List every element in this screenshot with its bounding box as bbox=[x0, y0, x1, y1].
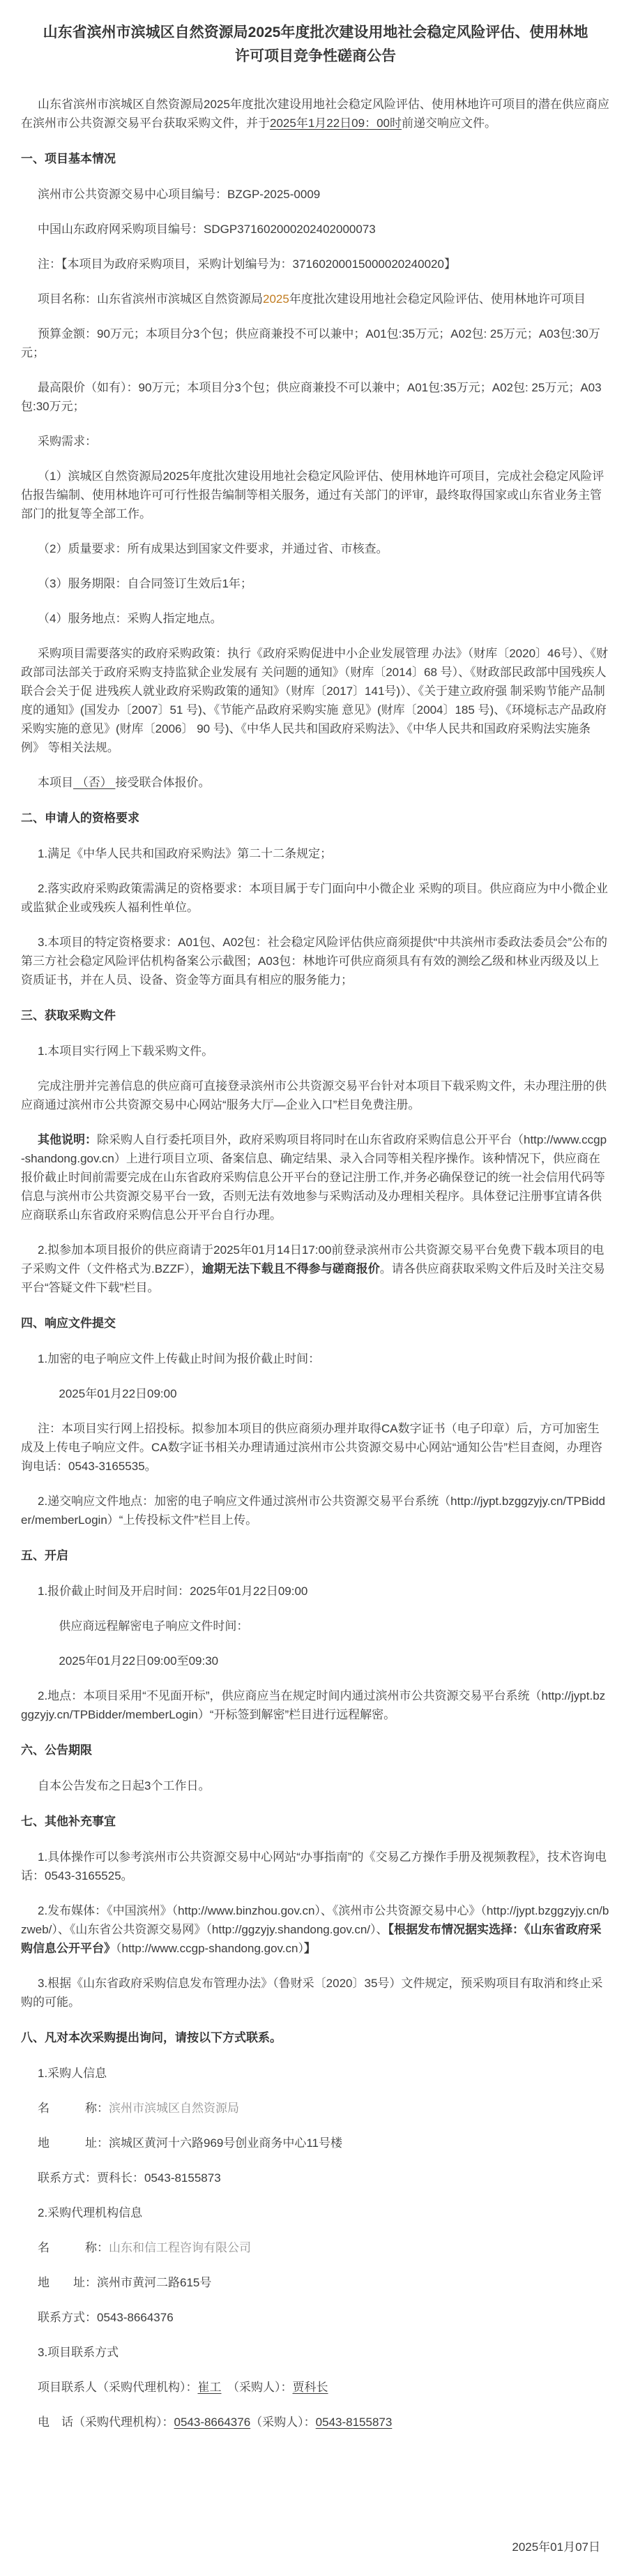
text-segment: 3.项目联系方式 bbox=[38, 2346, 119, 2359]
agency-name: 名 称：山东和信工程咨询有限公司 bbox=[21, 2238, 610, 2257]
response-deadline: 2025年1月22日09：00时 bbox=[270, 117, 402, 130]
registration-paragraph: 完成注册并完善信息的供应商可直接登录滨州市公共资源交易平台针对本项目下载采购文件… bbox=[21, 1077, 610, 1114]
section-heading-5: 五、开启 bbox=[21, 1546, 610, 1565]
text-segment: 最高限价（如有）：90万元；本项目分3个包；供应商兼投不可以兼中；A01包:35… bbox=[21, 381, 602, 413]
text-segment: 2025年01月07日 bbox=[512, 2540, 600, 2554]
demand-item-2: （2）质量要求：所有成果达到国家文件要求，并通过省、市核查。 bbox=[21, 539, 610, 558]
project-contact-persons: 项目联系人（采购代理机构）：崔工 （采购人）：贾科长 bbox=[21, 2378, 610, 2397]
purchaser-phone: 0543-8155873 bbox=[316, 2416, 393, 2429]
text-segment: 名 称： bbox=[38, 2241, 109, 2254]
text-segment: 年度批次建设用地社会稳定风险评估、使用林地许可项目 bbox=[289, 292, 586, 306]
section-heading-4: 四、响应文件提交 bbox=[21, 1314, 610, 1333]
download-warning: 逾期无法下载且不得参与磋商报价 bbox=[202, 1262, 380, 1275]
text-segment: 1.具体操作可以参考滨州市公共资源交易中心网站“办事指南”的《交易乙方操作手册及… bbox=[21, 1850, 607, 1882]
text-segment: 其他说明： bbox=[38, 1133, 97, 1146]
intro-paragraph: 山东省滨州市滨城区自然资源局2025年度批次建设用地社会稳定风险评估、使用林地许… bbox=[21, 95, 610, 133]
text-segment: 地 址：滨州市黄河二路615号 bbox=[38, 2276, 211, 2289]
supplement-item-3: 3.根据《山东省政府采购信息发布管理办法》（鲁财采〔2020〕35号）文件规定，… bbox=[21, 1974, 610, 2012]
text-segment: 四、响应文件提交 bbox=[21, 1317, 116, 1330]
text-segment: （3）服务期限：自合同签订生效后1年； bbox=[38, 577, 252, 590]
section-heading-2: 二、申请人的资格要求 bbox=[21, 809, 610, 828]
opening-item-1: 1.报价截止时间及开启时间：2025年01月22日09:00 bbox=[21, 1582, 610, 1601]
supplement-item-1: 1.具体操作可以参考滨州市公共资源交易中心网站“办事指南”的《交易乙方操作手册及… bbox=[21, 1848, 610, 1885]
section-heading-7: 七、其他补充事宜 bbox=[21, 1812, 610, 1831]
purchaser-contact-person: 贾科长 bbox=[293, 2381, 328, 2394]
text-segment: 2.采购代理机构信息 bbox=[38, 2206, 142, 2219]
text-segment: 前递交响应文件。 bbox=[402, 117, 496, 130]
text-segment: 2.地点：本项目采用“不见面开标”，供应商应当在规定时间内通过滨州市公共资源交易… bbox=[21, 1689, 605, 1721]
project-contact-label: 3.项目联系方式 bbox=[21, 2343, 610, 2362]
text-segment: 采购需求： bbox=[38, 435, 97, 448]
text-segment: 名 称： bbox=[38, 2102, 109, 2115]
purchaser-address: 地 址：滨城区黄河十六路969号创业商务中心11号楼 bbox=[21, 2134, 610, 2152]
text-segment: 1.采购人信息 bbox=[38, 2067, 107, 2080]
agency-contact: 联系方式：0543-8664376 bbox=[21, 2308, 610, 2327]
purchaser-info-label: 1.采购人信息 bbox=[21, 2064, 610, 2083]
qualification-3: 3.本项目的特定资格要求：A01包、A02包：社会稳定风险评估供应商须提供“中共… bbox=[21, 933, 610, 989]
procurement-demand-label: 采购需求： bbox=[21, 432, 610, 451]
other-notes-paragraph: 其他说明：除采购人自行委托项目外，政府采购项目将同时在山东省政府采购信息公开平台… bbox=[21, 1130, 610, 1225]
text-segment: 本项目 bbox=[38, 776, 73, 789]
section-heading-8: 八、凡对本次采购提出询问，请按以下方式联系。 bbox=[21, 2028, 610, 2047]
text-segment: 中国山东政府网采购项目编号：SDGP371602000202402000073 bbox=[38, 223, 376, 236]
agency-address: 地 址：滨州市黄河二路615号 bbox=[21, 2273, 610, 2292]
text-segment: 1.报价截止时间及开启时间：2025年01月22日09:00 bbox=[38, 1585, 307, 1598]
max-price: 最高限价（如有）：90万元；本项目分3个包；供应商兼投不可以兼中；A01包:35… bbox=[21, 378, 610, 416]
text-segment: 3.本项目的特定资格要求：A01包、A02包：社会稳定风险评估供应商须提供“中共… bbox=[21, 936, 607, 987]
qualification-1: 1.满足《中华人民共和国政府采购法》第二十二条规定； bbox=[21, 844, 610, 863]
text-segment: 项目联系人（采购代理机构）： bbox=[38, 2381, 198, 2394]
text-segment: 1.本项目实行网上下载采购文件。 bbox=[38, 1044, 213, 1058]
text-segment: 五、开启 bbox=[21, 1549, 68, 1562]
upload-deadline: 2025年01月22日09:00 bbox=[21, 1384, 610, 1403]
text-segment: （4）服务地点：采购人指定地点。 bbox=[38, 612, 222, 625]
trade-center-project-number: 滨州市公共资源交易中心项目编号：BZGP-2025-0009 bbox=[21, 185, 610, 204]
submit-item-1: 1.加密的电子响应文件上传截止时间为报价截止时间： bbox=[21, 1349, 610, 1368]
text-segment: 六、公告期限 bbox=[21, 1744, 92, 1757]
demand-item-4: （4）服务地点：采购人指定地点。 bbox=[21, 609, 610, 628]
consortium-answer: （否） bbox=[73, 776, 115, 789]
agency-phone: 0543-8664376 bbox=[174, 2416, 251, 2429]
obtain-item-1: 1.本项目实行网上下载采购文件。 bbox=[21, 1042, 610, 1061]
text-segment: 2025年01月22日09:00 bbox=[59, 1387, 176, 1400]
text-segment: 1.加密的电子响应文件上传截止时间为报价截止时间： bbox=[38, 1352, 320, 1365]
text-segment: 2.递交响应文件地点：加密的电子响应文件通过滨州市公共资源交易平台系统（http… bbox=[21, 1495, 605, 1527]
text-segment: 2025年01月22日09:00至09:30 bbox=[59, 1654, 218, 1668]
text-segment: （http://www.ccgp-shandong.gov.cn） bbox=[116, 1942, 304, 1955]
agency-name-value: 山东和信工程咨询有限公司 bbox=[109, 2241, 251, 2254]
document-title: 山东省滨州市滨城区自然资源局2025年度批次建设用地社会稳定风险评估、使用林地许… bbox=[39, 21, 592, 68]
text-segment: 电 话（采购代理机构）： bbox=[38, 2416, 174, 2429]
obtain-item-2: 2.拟参加本项目报价的供应商请于2025年01月14日17:00前登录滨州市公共… bbox=[21, 1241, 610, 1297]
announcement-document: 山东省滨州市滨城区自然资源局2025年度批次建设用地社会稳定风险评估、使用林地许… bbox=[0, 0, 631, 2576]
project-name: 项目名称：山东省滨州市滨城区自然资源局2025年度批次建设用地社会稳定风险评估、… bbox=[21, 290, 610, 308]
consortium-statement: 本项目 （否） 接受联合体报价。 bbox=[21, 773, 610, 792]
text-segment: 八、凡对本次采购提出询问，请按以下方式联系。 bbox=[21, 2031, 282, 2044]
opening-item-2: 2.地点：本项目采用“不见面开标”，供应商应当在规定时间内通过滨州市公共资源交易… bbox=[21, 1686, 610, 1724]
policy-paragraph: 采购项目需要落实的政府采购政策：执行《政府采购促进中小企业发展管理 办法》（财库… bbox=[21, 644, 610, 757]
text-segment: （采购人）： bbox=[250, 2416, 316, 2429]
ca-note: 注：本项目实行网上招投标。拟参加本项目的供应商须办理并取得CA数字证书（电子印章… bbox=[21, 1419, 610, 1476]
text-segment: 接受联合体报价。 bbox=[115, 776, 210, 789]
text-segment: 】 bbox=[304, 1942, 316, 1955]
shandong-gov-project-number: 中国山东政府网采购项目编号：SDGP371602000202402000073 bbox=[21, 220, 610, 239]
decrypt-time-value: 2025年01月22日09:00至09:30 bbox=[21, 1652, 610, 1670]
text-segment: 滨州市公共资源交易中心项目编号：BZGP-2025-0009 bbox=[38, 188, 320, 201]
text-segment: 联系方式：0543-8664376 bbox=[38, 2311, 174, 2324]
text-segment: 注：【本项目为政府采购项目，采购计划编号为：371602000150000202… bbox=[38, 257, 456, 271]
text-segment: 完成注册并完善信息的供应商可直接登录滨州市公共资源交易平台针对本项目下载采购文件… bbox=[21, 1079, 607, 1111]
section-heading-3: 三、获取采购文件 bbox=[21, 1006, 610, 1025]
submit-item-2: 2.递交响应文件地点：加密的电子响应文件通过滨州市公共资源交易平台系统（http… bbox=[21, 1492, 610, 1529]
text-segment: 自本公告发布之日起3个工作日。 bbox=[38, 1779, 210, 1792]
text-segment: 二、申请人的资格要求 bbox=[21, 811, 139, 825]
agency-contact-person: 崔工 bbox=[198, 2381, 222, 2394]
procurement-plan-note: 注：【本项目为政府采购项目，采购计划编号为：371602000150000202… bbox=[21, 255, 610, 274]
supplement-item-2: 2.发布媒体：《中国滨州》（http://www.binzhou.gov.cn）… bbox=[21, 1901, 610, 1958]
purchaser-name-value: 滨州市滨城区自然资源局 bbox=[109, 2102, 239, 2115]
text-segment: 七、其他补充事宜 bbox=[21, 1815, 116, 1828]
demand-item-3: （3）服务期限：自合同签订生效后1年； bbox=[21, 574, 610, 593]
text-segment: 2.落实政府采购政策需满足的资格要求：本项目属于专门面向中小微企业 采购的项目。… bbox=[21, 882, 608, 914]
text-segment: 注：本项目实行网上招投标。拟参加本项目的供应商须办理并取得CA数字证书（电子印章… bbox=[21, 1422, 602, 1473]
text-segment: 供应商远程解密电子响应文件时间： bbox=[59, 1619, 248, 1633]
agency-info-label: 2.采购代理机构信息 bbox=[21, 2203, 610, 2222]
purchaser-contact: 联系方式：贾科长：0543-8155873 bbox=[21, 2169, 610, 2187]
project-contact-phones: 电 话（采购代理机构）：0543-8664376（采购人）：0543-81558… bbox=[21, 2413, 610, 2432]
demand-item-1: （1）滨城区自然资源局2025年度批次建设用地社会稳定风险评估、使用林地许可项目… bbox=[21, 467, 610, 523]
announcement-period: 自本公告发布之日起3个工作日。 bbox=[21, 1776, 610, 1795]
publish-date: 2025年01月07日 bbox=[21, 2538, 600, 2556]
text-segment: 预算金额：90万元；本项目分3个包；供应商兼投不可以兼中；A01包:35万元；A… bbox=[21, 327, 600, 359]
qualification-2: 2.落实政府采购政策需满足的资格要求：本项目属于专门面向中小微企业 采购的项目。… bbox=[21, 879, 610, 917]
text-segment: 山东省滨州市滨城区自然资源局2025年度批次建设用地社会稳定风险评估、使用林地许… bbox=[43, 24, 588, 64]
purchaser-name: 名 称：滨州市滨城区自然资源局 bbox=[21, 2099, 610, 2118]
text-segment: 三、获取采购文件 bbox=[21, 1009, 116, 1022]
text-segment: 2025 bbox=[263, 292, 289, 306]
text-segment: 一、项目基本情况 bbox=[21, 152, 116, 165]
section-heading-6: 六、公告期限 bbox=[21, 1741, 610, 1760]
text-segment: 除采购人自行委托项目外，政府采购项目将同时在山东省政府采购信息公开平台（http… bbox=[21, 1133, 607, 1222]
text-segment: 采购项目需要落实的政府采购政策：执行《政府采购促进中小企业发展管理 办法》（财库… bbox=[21, 647, 608, 754]
budget-amount: 预算金额：90万元；本项目分3个包；供应商兼投不可以兼中；A01包:35万元；A… bbox=[21, 324, 610, 362]
text-segment: 地 址：滨城区黄河十六路969号创业商务中心11号楼 bbox=[38, 2136, 342, 2150]
text-segment: 联系方式：贾科长：0543-8155873 bbox=[38, 2171, 221, 2185]
text-segment: （2）质量要求：所有成果达到国家文件要求，并通过省、市核查。 bbox=[38, 542, 388, 555]
text-segment: 1.满足《中华人民共和国政府采购法》第二十二条规定； bbox=[38, 847, 332, 860]
section-heading-1: 一、项目基本情况 bbox=[21, 149, 610, 168]
text-segment: （采购人）： bbox=[222, 2381, 293, 2394]
text-segment: 项目名称：山东省滨州市滨城区自然资源局 bbox=[38, 292, 263, 306]
text-segment: 3.根据《山东省政府采购信息发布管理办法》（鲁财采〔2020〕35号）文件规定，… bbox=[21, 1977, 602, 2009]
decrypt-time-label: 供应商远程解密电子响应文件时间： bbox=[21, 1617, 610, 1635]
text-segment: （1）滨城区自然资源局2025年度批次建设用地社会稳定风险评估、使用林地许可项目… bbox=[21, 470, 604, 521]
